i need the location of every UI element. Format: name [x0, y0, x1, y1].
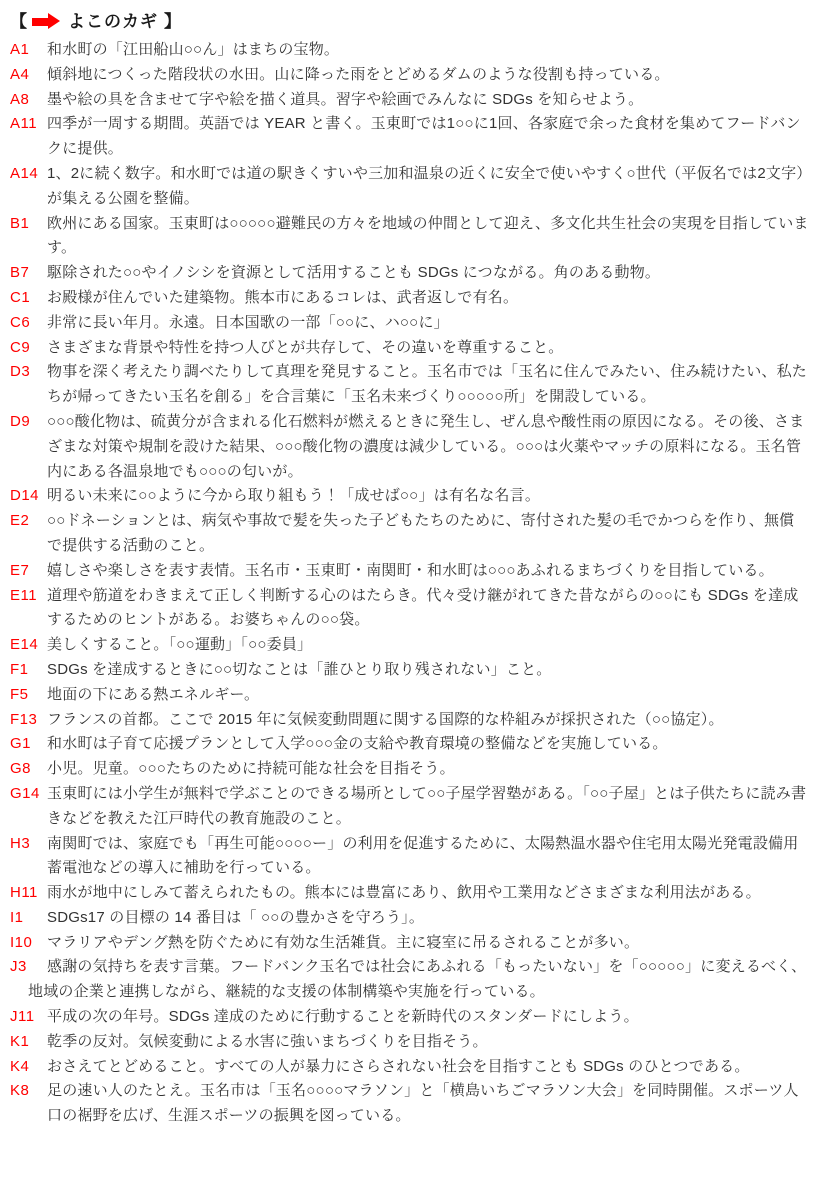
clue-row: G8小児。児童。○○○たちのために持続可能な社会を目指そう。: [10, 757, 809, 782]
clue-number: D9: [10, 410, 47, 435]
clue-number: D3: [10, 360, 47, 385]
clue-text: 駆除された○○やイノシシを資源として活用することも SDGs につながる。角のあ…: [47, 261, 809, 286]
clue-row: A141、2に続く数字。和水町では道の駅きくすいや三加和温泉の近くに安全で使いや…: [10, 162, 809, 212]
clue-row: E2○○ドネーションとは、病気や事故で髪を失った子どもたちのために、寄付された髪…: [10, 509, 809, 559]
clue-number: F13: [10, 708, 47, 733]
clue-text: 墨や絵の具を含ませて字や絵を描く道具。習字や絵画でみんなに SDGs を知らせよ…: [47, 88, 809, 113]
clue-row: F1SDGs を達成するときに○○切なことは「誰ひとり取り残されない」こと。: [10, 658, 809, 683]
clue-number: C6: [10, 311, 47, 336]
clue-row: K8足の速い人のたとえ。玉名市は「玉名○○○○マラソン」と「横島いちごマラソン大…: [10, 1079, 809, 1129]
clue-number: A11: [10, 112, 47, 137]
clue-text: 四季が一周する期間。英語では YEAR と書く。玉東町では1○○に1回、各家庭で…: [47, 112, 809, 162]
clue-number: I10: [10, 931, 47, 956]
clue-row: I1SDGs17 の目標の 14 番目は「 ○○の豊かさを守ろう」。: [10, 906, 809, 931]
clue-text: 和水町の「江田船山○○ん」はまちの宝物。: [47, 38, 809, 63]
clue-text: ○○ドネーションとは、病気や事故で髪を失った子どもたちのために、寄付された髪の毛…: [47, 509, 809, 559]
clue-row: K4おさえてとどめること。すべての人が暴力にさらされない社会を目指すことも SD…: [10, 1055, 809, 1080]
clue-row: G1和水町は子育て応援プランとして入学○○○金の支給や教育環境の整備などを実施し…: [10, 732, 809, 757]
clue-row: K1乾季の反対。気候変動による水害に強いまちづくりを目指そう。: [10, 1030, 809, 1055]
clue-row: C9さまざまな背景や特性を持つ人びとが共存して、その違いを尊重すること。: [10, 336, 809, 361]
clue-list: A1和水町の「江田船山○○ん」はまちの宝物。A4傾斜地につくった階段状の水田。山…: [10, 38, 809, 1129]
clue-row: E7嬉しさや楽しさを表す表情。玉名市・玉東町・南関町・和水町は○○○あふれるまち…: [10, 559, 809, 584]
clue-text: 美しくすること。「○○運動」「○○委員」: [47, 633, 809, 658]
clue-text: SDGs17 の目標の 14 番目は「 ○○の豊かさを守ろう」。: [47, 906, 809, 931]
clue-row: F5地面の下にある熱エネルギー。: [10, 683, 809, 708]
clue-row: E11道理や筋道をわきまえて正しく判断する心のはたらき。代々受け継がれてきた昔な…: [10, 584, 809, 634]
clue-text: 感謝の気持ちを表す言葉。フードバンク玉名では社会にあふれる「もったいない」を「○…: [28, 955, 809, 1005]
clue-text: 和水町は子育て応援プランとして入学○○○金の支給や教育環境の整備などを実施してい…: [47, 732, 809, 757]
clue-row: J11平成の次の年号。SDGs 達成のために行動することを新時代のスタンダードに…: [10, 1005, 809, 1030]
right-arrow-icon: [32, 13, 60, 30]
clue-number: G1: [10, 732, 47, 757]
clue-text: 傾斜地につくった階段状の水田。山に降った雨をとどめるダムのような役割も持っている…: [47, 63, 809, 88]
clue-text: 明るい未来に○○ように今から取り組もう！「成せば○○」は有名な名言。: [47, 484, 809, 509]
clue-row: A1和水町の「江田船山○○ん」はまちの宝物。: [10, 38, 809, 63]
clue-row: F13フランスの首都。ここで 2015 年に気候変動問題に関する国際的な枠組みが…: [10, 708, 809, 733]
clue-number: J11: [10, 1005, 47, 1030]
clue-row: A11四季が一周する期間。英語では YEAR と書く。玉東町では1○○に1回、各…: [10, 112, 809, 162]
clue-text: 地面の下にある熱エネルギー。: [47, 683, 809, 708]
clue-number: G8: [10, 757, 47, 782]
clue-row: D14明るい未来に○○ように今から取り組もう！「成せば○○」は有名な名言。: [10, 484, 809, 509]
clue-number: K8: [10, 1079, 47, 1104]
clue-text: ○○○酸化物は、硫黄分が含まれる化石燃料が燃えるときに発生し、ぜん息や酸性雨の原…: [47, 410, 809, 484]
clue-number: G14: [10, 782, 47, 807]
clue-row: J3感謝の気持ちを表す言葉。フードバンク玉名では社会にあふれる「もったいない」を…: [10, 955, 809, 1005]
clue-row: E14美しくすること。「○○運動」「○○委員」: [10, 633, 809, 658]
clue-number: K1: [10, 1030, 47, 1055]
page-title: 【 よこのカギ 】: [10, 7, 809, 36]
clue-text: 乾季の反対。気候変動による水害に強いまちづくりを目指そう。: [47, 1030, 809, 1055]
clue-row: G14玉東町には小学生が無料で学ぶことのできる場所として○○子屋学習塾がある。「…: [10, 782, 809, 832]
clue-text: 玉東町には小学生が無料で学ぶことのできる場所として○○子屋学習塾がある。「○○子…: [47, 782, 809, 832]
clue-text: 道理や筋道をわきまえて正しく判断する心のはたらき。代々受け継がれてきた昔ながらの…: [47, 584, 809, 634]
clue-text: 非常に長い年月。永遠。日本国歌の一部「○○に、ハ○○に」: [47, 311, 809, 336]
clue-text: 欧州にある国家。玉東町は○○○○○避難民の方々を地域の仲間として迎え、多文化共生…: [47, 212, 809, 262]
clue-row: B1欧州にある国家。玉東町は○○○○○避難民の方々を地域の仲間として迎え、多文化…: [10, 212, 809, 262]
clue-number: E2: [10, 509, 47, 534]
clue-text: おさえてとどめること。すべての人が暴力にさらされない社会を目指すことも SDGs…: [47, 1055, 809, 1080]
clue-text: 物事を深く考えたり調べたりして真理を発見すること。玉名市では「玉名に住んでみたい…: [47, 360, 809, 410]
clue-number: H3: [10, 832, 47, 857]
clue-text: さまざまな背景や特性を持つ人びとが共存して、その違いを尊重すること。: [47, 336, 809, 361]
clue-row: I10マラリアやデング熱を防ぐために有効な生活雑貨。主に寝室に吊るされることが多…: [10, 931, 809, 956]
clue-text: 南関町では、家庭でも「再生可能○○○○ー」の利用を促進するために、太陽熱温水器や…: [47, 832, 809, 882]
clue-number: H11: [10, 881, 47, 906]
clue-number: F1: [10, 658, 47, 683]
clue-number: A8: [10, 88, 47, 113]
clue-number: E11: [10, 584, 47, 609]
clue-row: H3南関町では、家庭でも「再生可能○○○○ー」の利用を促進するために、太陽熱温水…: [10, 832, 809, 882]
clue-text: 小児。児童。○○○たちのために持続可能な社会を目指そう。: [47, 757, 809, 782]
clue-number: A4: [10, 63, 47, 88]
clue-text: お殿様が住んでいた建築物。熊本市にあるコレは、武者返しで有名。: [47, 286, 809, 311]
clue-text: マラリアやデング熱を防ぐために有効な生活雑貨。主に寝室に吊るされることが多い。: [47, 931, 809, 956]
clue-row: D9○○○酸化物は、硫黄分が含まれる化石燃料が燃えるときに発生し、ぜん息や酸性雨…: [10, 410, 809, 484]
clue-number: I1: [10, 906, 47, 931]
clue-number: K4: [10, 1055, 47, 1080]
clue-text: 1、2に続く数字。和水町では道の駅きくすいや三加和温泉の近くに安全で使いやすく○…: [47, 162, 809, 212]
clue-number: F5: [10, 683, 47, 708]
clue-row: B7駆除された○○やイノシシを資源として活用することも SDGs につながる。角…: [10, 261, 809, 286]
clue-text: 足の速い人のたとえ。玉名市は「玉名○○○○マラソン」と「横島いちごマラソン大会」…: [47, 1079, 809, 1129]
clue-row: A8墨や絵の具を含ませて字や絵を描く道具。習字や絵画でみんなに SDGs を知ら…: [10, 88, 809, 113]
clue-text: SDGs を達成するときに○○切なことは「誰ひとり取り残されない」こと。: [47, 658, 809, 683]
clue-row: D3物事を深く考えたり調べたりして真理を発見すること。玉名市では「玉名に住んでみ…: [10, 360, 809, 410]
clue-number: E14: [10, 633, 47, 658]
clue-number: B1: [10, 212, 47, 237]
bracket-right: 】: [164, 7, 182, 36]
across-clues-heading: よこのカギ: [68, 7, 158, 36]
clue-text: フランスの首都。ここで 2015 年に気候変動問題に関する国際的な枠組みが採択さ…: [47, 708, 809, 733]
clue-row: C1お殿様が住んでいた建築物。熊本市にあるコレは、武者返しで有名。: [10, 286, 809, 311]
clue-number: A14: [10, 162, 47, 187]
bracket-left: 【: [10, 7, 28, 36]
clue-row: H11雨水が地中にしみて蓄えられたもの。熊本には豊富にあり、飲用や工業用などさま…: [10, 881, 809, 906]
clue-number: C9: [10, 336, 47, 361]
clue-number: C1: [10, 286, 47, 311]
clue-text: 嬉しさや楽しさを表す表情。玉名市・玉東町・南関町・和水町は○○○あふれるまちづく…: [47, 559, 809, 584]
clue-number: B7: [10, 261, 47, 286]
clue-number: E7: [10, 559, 47, 584]
clue-row: A4傾斜地につくった階段状の水田。山に降った雨をとどめるダムのような役割も持って…: [10, 63, 809, 88]
clue-number: A1: [10, 38, 47, 63]
clue-row: C6非常に長い年月。永遠。日本国歌の一部「○○に、ハ○○に」: [10, 311, 809, 336]
clue-text: 雨水が地中にしみて蓄えられたもの。熊本には豊富にあり、飲用や工業用などさまざまな…: [47, 881, 809, 906]
clue-text: 平成の次の年号。SDGs 達成のために行動することを新時代のスタンダードにしよう…: [47, 1005, 809, 1030]
clue-number: D14: [10, 484, 47, 509]
